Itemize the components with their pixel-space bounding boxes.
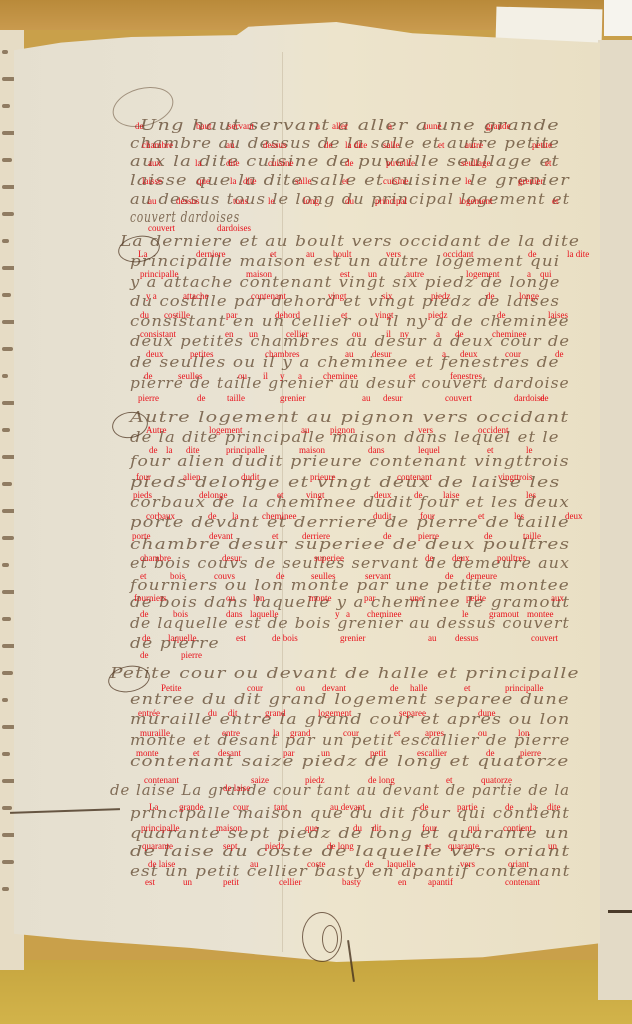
- transcription-word: taille: [523, 532, 541, 541]
- transcription-word: de: [486, 292, 495, 301]
- transcription-word: bois: [170, 572, 185, 581]
- transcription-word: et: [277, 491, 284, 500]
- transcription-word: couvert: [148, 224, 175, 233]
- transcription-word: aux: [551, 594, 564, 603]
- transcription-word: oriant: [508, 860, 529, 869]
- transcription-word: ou: [226, 594, 235, 603]
- transcription-word: monte: [136, 749, 159, 758]
- transcription-word: de: [276, 572, 285, 581]
- transcription-word: quarante: [448, 842, 479, 851]
- transcription-word: coste: [307, 860, 326, 869]
- adjacent-page-ink: [2, 563, 9, 567]
- transcription-word: sept: [223, 842, 238, 851]
- transcription-word: logement: [209, 426, 243, 435]
- transcription-word: la: [166, 446, 173, 455]
- transcription-word: taille: [227, 394, 245, 403]
- transcription-word: contenant: [505, 878, 540, 887]
- transcription-word: un: [368, 270, 377, 279]
- transcription-word: cheminee: [492, 330, 526, 339]
- transcription-word: est: [340, 270, 350, 279]
- transcription-word: chambres: [265, 350, 299, 359]
- handwritten-line: Autre logement au pignon vers occidant: [130, 408, 569, 426]
- transcription-word: contenant: [144, 776, 179, 785]
- transcription-word: en: [398, 878, 407, 887]
- transcription-word: par: [283, 749, 295, 758]
- transcription-word: contient: [503, 824, 532, 833]
- transcription-word: contenant: [251, 292, 286, 301]
- transcription-word: a: [298, 372, 302, 381]
- transcription-word: du: [345, 197, 354, 206]
- transcription-word: gramout: [489, 610, 519, 619]
- transcription-word: dudit: [241, 473, 260, 482]
- transcription-word: cuisine: [383, 177, 409, 186]
- transcription-word: est: [236, 634, 246, 643]
- transcription-word: de: [497, 311, 506, 320]
- transcription-word: logement: [466, 270, 500, 279]
- transcription-word: un: [321, 749, 330, 758]
- transcription-word: dite: [547, 803, 561, 812]
- transcription-word: un: [249, 330, 258, 339]
- transcription-word: principal: [375, 197, 407, 206]
- transcription-word: vingt: [375, 311, 394, 320]
- transcription-word: et: [425, 842, 432, 851]
- transcription-word: de long: [327, 842, 354, 851]
- transcription-word: vingt: [328, 292, 347, 301]
- transcription-word: en: [225, 330, 234, 339]
- transcription-word: il: [386, 330, 391, 339]
- transcription-word: puveille: [386, 159, 415, 168]
- transcription-word: occident: [478, 426, 509, 435]
- transcription-word: deux: [460, 350, 478, 359]
- transcription-word: dans: [226, 610, 243, 619]
- transcription-word: chambre: [140, 554, 171, 563]
- transcription-word: Petite: [161, 684, 182, 693]
- transcription-word: aux: [148, 159, 161, 168]
- handwritten-line: corbaux de la cheminee dudit four et les…: [130, 493, 570, 511]
- transcription-word: grenier: [340, 634, 365, 643]
- transcription-word: de: [345, 159, 354, 168]
- transcription-word: devant: [322, 684, 346, 693]
- transcription-word: de laise: [148, 860, 175, 869]
- transcription-word: La: [149, 803, 159, 812]
- transcription-word: qui: [540, 270, 552, 279]
- transcription-word: pieds: [133, 491, 152, 500]
- transcription-word: dessus: [455, 634, 479, 643]
- transcription-word: uune: [424, 122, 442, 131]
- transcription-word: de: [140, 610, 149, 619]
- transcription-word: pierre: [181, 651, 202, 660]
- transcription-word: longe: [519, 292, 539, 301]
- transcription-word: autre: [406, 270, 424, 279]
- transcription-word: basty: [342, 878, 361, 887]
- transcription-word: apres: [425, 729, 444, 738]
- adjacent-page-ink: [2, 590, 16, 594]
- transcription-word: dite: [226, 159, 240, 168]
- transcription-word: au: [345, 350, 354, 359]
- transcription-word: a: [527, 270, 531, 279]
- transcription-word: maison: [216, 824, 242, 833]
- transcription-word: dessus: [263, 141, 287, 150]
- transcription-word: la: [232, 512, 239, 521]
- transcription-word: de: [414, 491, 423, 500]
- transcription-word: et: [438, 141, 445, 150]
- transcription-word: partie: [457, 803, 478, 812]
- transcription-word: de: [555, 350, 564, 359]
- transcription-word: au: [428, 634, 437, 643]
- transcription-word: au devant: [330, 803, 365, 812]
- transcription-word: laquelle: [250, 610, 279, 619]
- adjacent-page-right: [598, 40, 632, 1000]
- transcription-word: servant: [365, 572, 391, 581]
- transcription-word: servant: [228, 122, 254, 131]
- transcription-word: et: [552, 197, 559, 206]
- transcription-word: autre: [465, 141, 483, 150]
- transcription-word: delonge: [199, 491, 228, 500]
- adjacent-page-ink: [2, 752, 10, 756]
- transcription-word: baut: [196, 122, 212, 131]
- transcription-word: a: [388, 122, 392, 131]
- transcription-word: devant: [209, 532, 233, 541]
- transcription-word: derriere: [302, 532, 330, 541]
- transcription-word: monte: [309, 594, 332, 603]
- transcription-word: et: [487, 446, 494, 455]
- transcription-word: ou: [238, 372, 247, 381]
- transcription-word: de: [149, 446, 158, 455]
- transcription-word: piedz: [428, 311, 448, 320]
- adjacent-page-ink: [2, 428, 10, 432]
- transcription-word: logement: [459, 197, 493, 206]
- transcription-word: desur: [372, 350, 392, 359]
- adjacent-page-ink: [2, 158, 12, 162]
- signature-paraph: [322, 925, 338, 953]
- handwritten-line: chambre desur superiee de deux poultres: [130, 535, 570, 553]
- transcription-word: vers: [386, 250, 401, 259]
- transcription-word: dessus: [176, 197, 200, 206]
- transcription-word: quatorze: [481, 776, 512, 785]
- transcription-word: principalle: [141, 824, 179, 833]
- transcription-word: de laise: [223, 784, 250, 793]
- transcription-word: le: [465, 177, 472, 186]
- transcription-word: laises: [548, 311, 568, 320]
- transcription-word: apantif: [428, 878, 453, 887]
- transcription-word: superiee: [314, 554, 344, 563]
- transcription-word: de: [420, 803, 429, 812]
- transcription-word: la: [195, 159, 202, 168]
- transcription-word: y: [280, 372, 285, 381]
- paper-slip-edge: [604, 0, 632, 36]
- transcription-word: de: [445, 572, 454, 581]
- transcription-word: long: [303, 197, 319, 206]
- transcription-word: laise: [443, 491, 460, 500]
- transcription-word: par: [364, 594, 376, 603]
- transcription-word: de: [528, 250, 537, 259]
- handwritten-line: fourniers ou lon monte par une petite mo…: [130, 576, 570, 594]
- transcription-word: grand: [265, 709, 286, 718]
- transcription-word: desur: [222, 554, 242, 563]
- transcription-word: qui: [468, 824, 480, 833]
- adjacent-page-ink: [2, 374, 8, 378]
- transcription-word: au: [250, 860, 259, 869]
- transcription-word: principalle: [226, 446, 264, 455]
- transcription-word: y: [335, 610, 340, 619]
- transcription-word: de: [455, 330, 464, 339]
- transcription-word: occidant: [443, 250, 474, 259]
- transcription-word: de: [142, 634, 151, 643]
- transcription-word: ny: [400, 330, 409, 339]
- transcription-word: piedz: [431, 292, 451, 301]
- transcription-word: principalle: [140, 270, 178, 279]
- transcription-word: que: [305, 824, 318, 833]
- adjacent-page-ink: [2, 401, 15, 405]
- transcription-word: petite: [466, 594, 486, 603]
- transcription-word: deux: [374, 491, 392, 500]
- transcription-word: deux: [146, 350, 164, 359]
- transcription-word: de long: [368, 776, 395, 785]
- transcription-word: pierre: [418, 532, 439, 541]
- transcription-word: saize: [251, 776, 269, 785]
- transcription-word: six: [382, 292, 393, 301]
- adjacent-page-ink: [2, 806, 12, 810]
- transcription-word: laquelle: [387, 860, 416, 869]
- transcription-word: du: [353, 824, 362, 833]
- transcription-word: du: [140, 311, 149, 320]
- transcription-word: que: [197, 177, 210, 186]
- transcription-word: de: [324, 141, 333, 150]
- transcription-word: consistant: [140, 330, 176, 339]
- transcription-word: cour: [233, 803, 249, 812]
- transcription-word: grande: [486, 122, 511, 131]
- transcription-word: aller: [332, 122, 348, 131]
- transcription-word: au: [301, 426, 310, 435]
- adjacent-page-ink: [2, 104, 10, 108]
- transcription-word: de: [197, 394, 206, 403]
- adjacent-page-ink: [2, 698, 8, 702]
- adjacent-page-ink: [2, 482, 12, 486]
- transcription-word: au: [226, 141, 235, 150]
- transcription-word: cellier: [286, 330, 308, 339]
- transcription-word: maison: [246, 270, 272, 279]
- transcription-word: pignon: [330, 426, 355, 435]
- transcription-word: et: [270, 250, 277, 259]
- transcription-word: prieure: [310, 473, 335, 482]
- transcription-word: dite: [243, 177, 257, 186]
- transcription-word: a: [442, 350, 446, 359]
- transcription-word: au: [306, 250, 315, 259]
- transcription-word: dardoises: [217, 224, 251, 233]
- transcription-word: montee: [527, 610, 554, 619]
- transcription-word: de bois: [272, 634, 298, 643]
- transcription-word: de: [425, 554, 434, 563]
- transcription-word: corbaux: [146, 512, 175, 521]
- transcription-word: la: [230, 177, 237, 186]
- transcription-word: et: [342, 177, 349, 186]
- adjacent-page-ink: [2, 212, 14, 216]
- transcription-word: et: [193, 749, 200, 758]
- transcription-word: muraille: [140, 729, 170, 738]
- transcription-word: dans: [368, 446, 385, 455]
- transcription-word: y a: [146, 292, 157, 301]
- transcription-word: cheminee: [367, 610, 401, 619]
- transcription-word: et: [478, 512, 485, 521]
- transcription-word: dit: [228, 709, 238, 718]
- adjacent-page-ink: [2, 860, 14, 864]
- transcription-word: maison: [299, 446, 325, 455]
- transcription-word: cour: [505, 350, 521, 359]
- handwritten-line: porte devant et derriere de pierre de ta…: [130, 513, 570, 531]
- transcription-word: de: [365, 860, 374, 869]
- transcription-word: boult: [333, 250, 352, 259]
- transcription-word: tous: [233, 197, 248, 206]
- transcription-word: a: [346, 610, 350, 619]
- transcription-word: tant: [274, 803, 288, 812]
- transcription-word: et: [341, 311, 348, 320]
- transcription-word: separee: [399, 709, 426, 718]
- transcription-word: de: [486, 749, 495, 758]
- transcription-word: petite: [532, 141, 552, 150]
- transcription-word: et: [140, 572, 147, 581]
- transcription-word: ou: [296, 684, 305, 693]
- transcription-word: entrée: [138, 709, 160, 718]
- transcription-word: et: [394, 729, 401, 738]
- transcription-word: cour: [343, 729, 359, 738]
- transcription-word: salle: [383, 141, 400, 150]
- transcription-word: et: [446, 776, 453, 785]
- transcription-word: dite: [186, 446, 200, 455]
- transcription-word: un: [183, 878, 192, 887]
- transcription-word: de: [144, 372, 153, 381]
- transcription-word: et: [409, 372, 416, 381]
- transcription-word: bois: [173, 610, 188, 619]
- transcription-word: lon: [253, 594, 265, 603]
- transcription-word: principalle: [505, 684, 543, 693]
- transcription-word: four: [420, 512, 435, 521]
- transcription-word: grand: [290, 729, 311, 738]
- transcription-word: piedz: [305, 776, 325, 785]
- transcription-word: lon: [518, 729, 530, 738]
- transcription-word: est: [145, 878, 155, 887]
- transcription-word: seullage: [461, 159, 491, 168]
- transcription-word: a: [316, 122, 320, 131]
- transcription-word: la dite: [567, 250, 589, 259]
- transcription-word: de: [390, 684, 399, 693]
- transcription-word: derniere: [196, 250, 225, 259]
- transcription-word: vers: [460, 860, 475, 869]
- transcription-word: la: [273, 729, 280, 738]
- transcription-word: piedz: [265, 842, 285, 851]
- transcription-word: fourniers: [134, 594, 167, 603]
- transcription-word: la: [530, 803, 537, 812]
- table-surface-bottom: [0, 960, 632, 1024]
- transcription-word: de: [140, 651, 149, 660]
- transcription-word: porte: [132, 532, 151, 541]
- transcription-word: attache: [183, 292, 208, 301]
- transcription-word: le: [526, 446, 533, 455]
- transcription-word: four: [422, 824, 437, 833]
- transcription-word: pierre: [520, 749, 541, 758]
- transcription-word: vingt: [306, 491, 325, 500]
- transcription-word: four: [136, 473, 151, 482]
- transcription-word: vers: [418, 426, 433, 435]
- transcription-word: le: [462, 610, 469, 619]
- adjacent-page-ink: [2, 239, 9, 243]
- transcription-word: halle: [410, 684, 428, 693]
- transcription-word: dudit: [373, 512, 392, 521]
- transcription-word: a: [436, 330, 440, 339]
- transcription-word: pierre: [138, 394, 159, 403]
- transcription-word: cheminee: [323, 372, 357, 381]
- transcription-word: cuisine: [268, 159, 294, 168]
- transcription-word: seulles: [311, 572, 336, 581]
- transcription-word: deux: [565, 512, 583, 521]
- transcription-word: petit: [370, 749, 386, 758]
- transcription-word: quarante: [142, 842, 173, 851]
- transcription-word: couvert: [445, 394, 472, 403]
- transcription-word: escallier: [417, 749, 447, 758]
- transcription-word: et: [545, 159, 552, 168]
- transcription-word: ou: [352, 330, 361, 339]
- transcription-word: logement: [318, 709, 352, 718]
- transcription-word: dit: [372, 824, 382, 833]
- transcription-word: de: [484, 532, 493, 541]
- transcription-word: une: [410, 594, 423, 603]
- transcription-word: au: [362, 394, 371, 403]
- transcription-word: grande: [179, 803, 204, 812]
- transcription-word: contenant: [397, 473, 432, 482]
- adjacent-page-ink: [2, 671, 13, 675]
- transcription-word: entre: [222, 729, 240, 738]
- transcription-word: de: [383, 532, 392, 541]
- transcription-word: cellier: [279, 878, 301, 887]
- transcription-word: dune: [478, 709, 496, 718]
- transcription-word: de: [208, 512, 217, 521]
- transcription-word: par: [226, 311, 238, 320]
- transcription-word: desant: [218, 749, 241, 758]
- transcription-word: ou: [478, 729, 487, 738]
- transcription-word: du: [208, 709, 217, 718]
- transcription-word: et: [272, 532, 279, 541]
- adjacent-page-ink: [2, 50, 8, 54]
- adjacent-page-ink: [2, 347, 13, 351]
- transcription-word: desur: [383, 394, 403, 403]
- transcription-word: salle: [295, 177, 312, 186]
- transcription-word: dehord: [275, 311, 300, 320]
- adjacent-page-ink: [2, 266, 16, 270]
- transcription-word: petit: [223, 878, 239, 887]
- handwritten-line: laisse que la dite salle et cuisine le g…: [130, 171, 570, 189]
- transcription-word: couvert: [531, 634, 558, 643]
- transcription-word: couvs: [214, 572, 235, 581]
- transcription-word: il: [263, 372, 268, 381]
- handwritten-line: La derniere et au boult vers occidant de…: [120, 232, 580, 250]
- transcription-word: demeure: [466, 572, 497, 581]
- transcription-word: Autre: [146, 426, 167, 435]
- transcription-word: costille: [164, 311, 190, 320]
- transcription-word: fenestres: [450, 372, 482, 381]
- adjacent-page-ink: [2, 77, 15, 81]
- transcription-word: grenier: [518, 177, 543, 186]
- transcription-word: poultres: [497, 554, 526, 563]
- transcription-word: un: [548, 842, 557, 851]
- adjacent-page-ink: [2, 617, 11, 621]
- transcription-word: lequel: [418, 446, 440, 455]
- transcription-word: vingttrois: [498, 473, 533, 482]
- transcription-word: les: [526, 491, 536, 500]
- transcription-word: laquelle: [168, 634, 197, 643]
- adjacent-page-ink: [2, 887, 9, 891]
- adjacent-page-ink: [2, 293, 11, 297]
- transcription-word: cheminee: [262, 512, 296, 521]
- transcription-word: petites: [190, 350, 214, 359]
